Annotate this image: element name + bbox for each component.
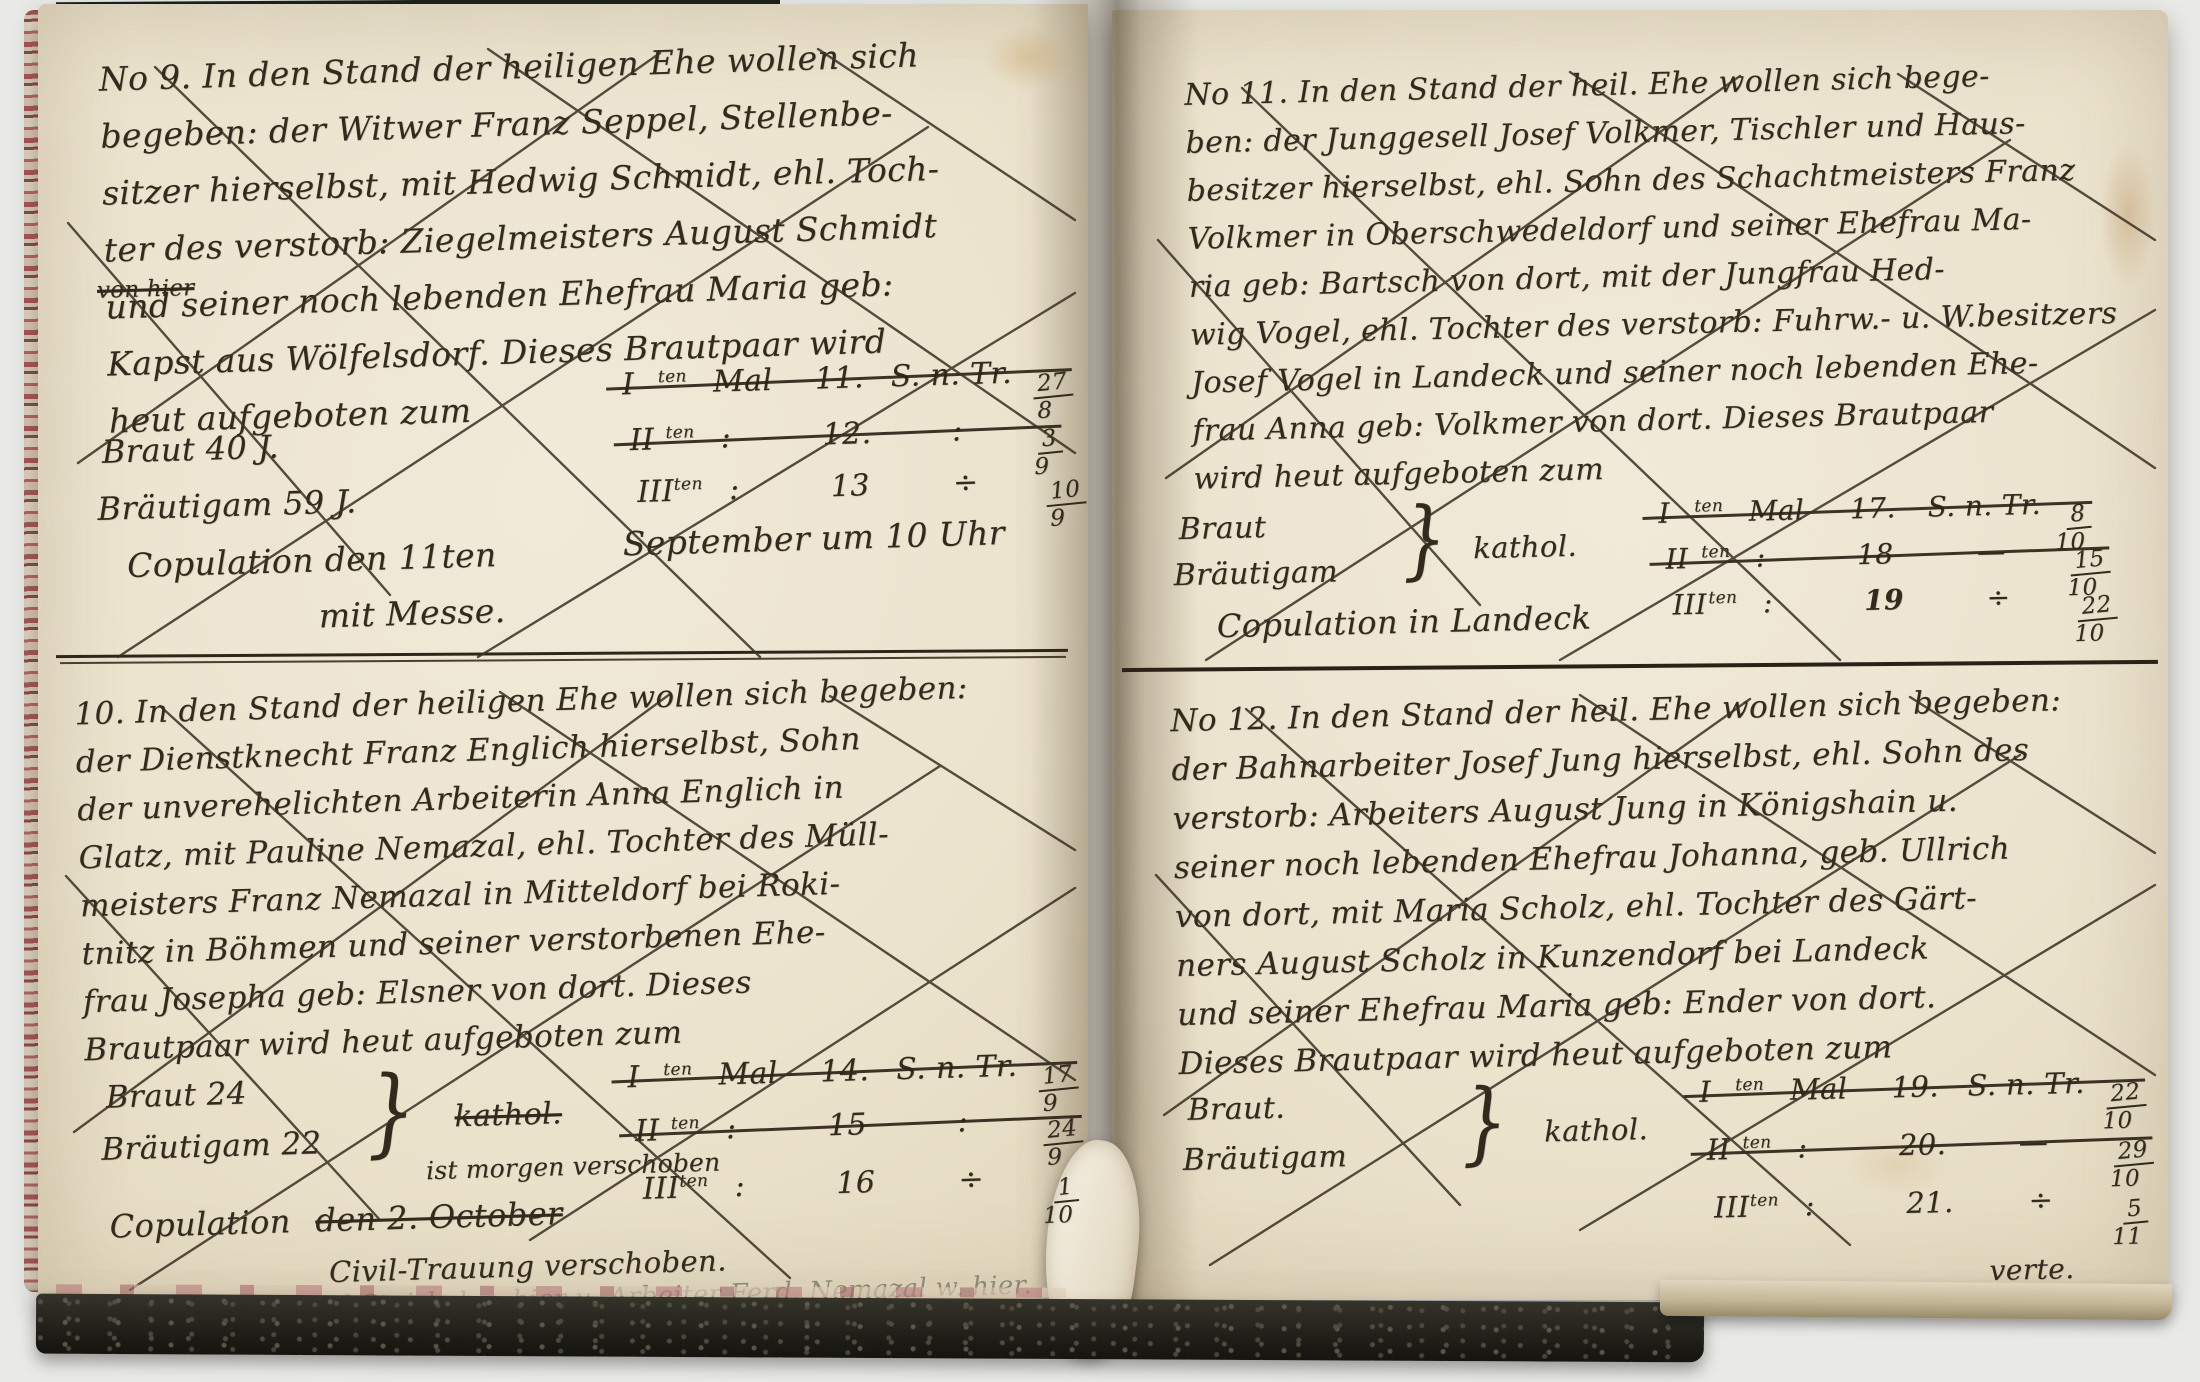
couple-brace: } [1401,496,1447,583]
banns-ordinal: I [622,366,659,402]
banns-ordinal: I [1658,496,1695,530]
banns-row-3: IIIten : 19 ÷ 2210 [1672,578,2114,656]
banns-ordinal: III [1714,1190,1751,1225]
banns-ordinal: II [629,422,666,458]
religion-note: kathol. [454,1096,562,1134]
entry-12-body: No 12. In den Stand der heil. Ehe wollen… [1170,676,2070,1089]
entry-no-12: No 12. In den Stand der heil. Ehe wollen… [1150,685,2160,1325]
entry-no-11: No 11. In den Stand der heil. Ehe wollen… [1150,60,2160,665]
banns-ordinal: I [627,1059,664,1095]
entry-no-9: No 9. In den Stand der heiligen Ehe woll… [60,35,1080,660]
bride-label: Braut [1178,510,1266,547]
groom-label: Bräutigam [1173,554,1338,593]
couple-brace: } [1461,1077,1509,1168]
religion-note: kathol. [1473,529,1578,565]
banns-row-3: IIIten : 21. ÷ 511 [1714,1180,2147,1258]
banns-date-fraction: 110 [1046,1175,1078,1228]
groom-age: Bräutigam 22 [101,1125,322,1168]
banns-ordinal: II [635,1113,672,1149]
copulation-note-3: mit Messe. [318,591,506,636]
copulation-note: Copulation den 2. October [109,1194,563,1245]
banns-date-fraction: 511 [2115,1196,2146,1249]
banns-ordinal: II [1665,542,1702,576]
bride-label: Braut. [1187,1091,1285,1128]
couple-brace: } [365,1063,417,1160]
copulation-note: Copulation in Landeck [1216,598,1591,645]
bride-age: Braut 40 J. [101,428,279,471]
book-cover-bottom-edge [36,1294,1704,1363]
banns-date-fraction: 109 [1041,478,1083,531]
banns-ordinal: I [1699,1074,1736,1109]
entry-no-10: 10. In den Stand der heiligen Ehe wollen… [60,680,1080,1340]
banns-date-fraction: 2210 [2073,593,2114,646]
right-page-stack-edge [1660,1280,2172,1320]
banns-ordinal: III [637,474,675,510]
entry-9-insertion: von hier [97,275,195,304]
scanned-register-spread: No 9. In den Stand der heiligen Ehe woll… [0,0,2200,1382]
groom-label: Bräutigam [1182,1139,1347,1178]
entry-10-body: 10. In den Stand der heiligen Ehe wollen… [74,664,979,1074]
religion-note: kathol. [1544,1112,1649,1148]
banns-ordinal: III [1672,588,1709,622]
bride-age: Braut 24 [105,1076,247,1116]
groom-age: Bräutigam 59 J. [97,482,357,528]
entry-11-body: No 11. In den Stand der heil. Ehe wollen… [1184,50,2121,504]
copulation-note: Copulation den 11ten [127,535,498,585]
banns-ordinal: II [1706,1132,1743,1167]
copulation-struck-date: den 2. October [315,1194,564,1239]
